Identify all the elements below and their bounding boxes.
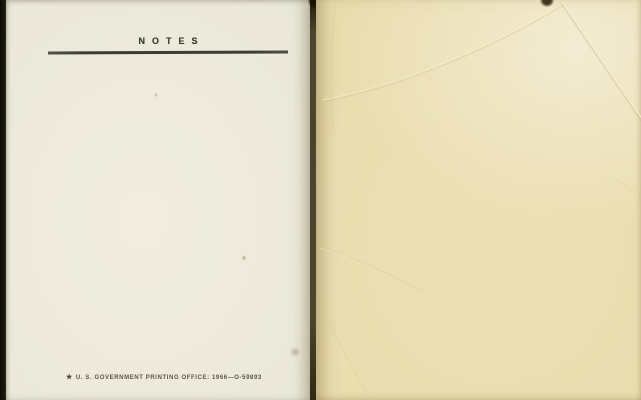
- page-title: NOTES: [48, 36, 288, 46]
- printing-office-imprint: ★U. S. GOVERNMENT PRINTING OFFICE: 1966—…: [66, 373, 262, 381]
- right-page: [316, 0, 641, 400]
- imprint-text: U. S. GOVERNMENT PRINTING OFFICE: 1966—O…: [76, 375, 262, 381]
- notes-heading-block: NOTES: [48, 36, 288, 54]
- paper-crease-lines: [316, 0, 641, 400]
- heading-rule: [48, 50, 288, 54]
- star-icon: ★: [66, 374, 73, 381]
- left-page: NOTES ★U. S. GOVERNMENT PRINTING OFFICE:…: [6, 0, 310, 400]
- book-scan: NOTES ★U. S. GOVERNMENT PRINTING OFFICE:…: [0, 0, 641, 400]
- ink-blot: [540, 0, 554, 7]
